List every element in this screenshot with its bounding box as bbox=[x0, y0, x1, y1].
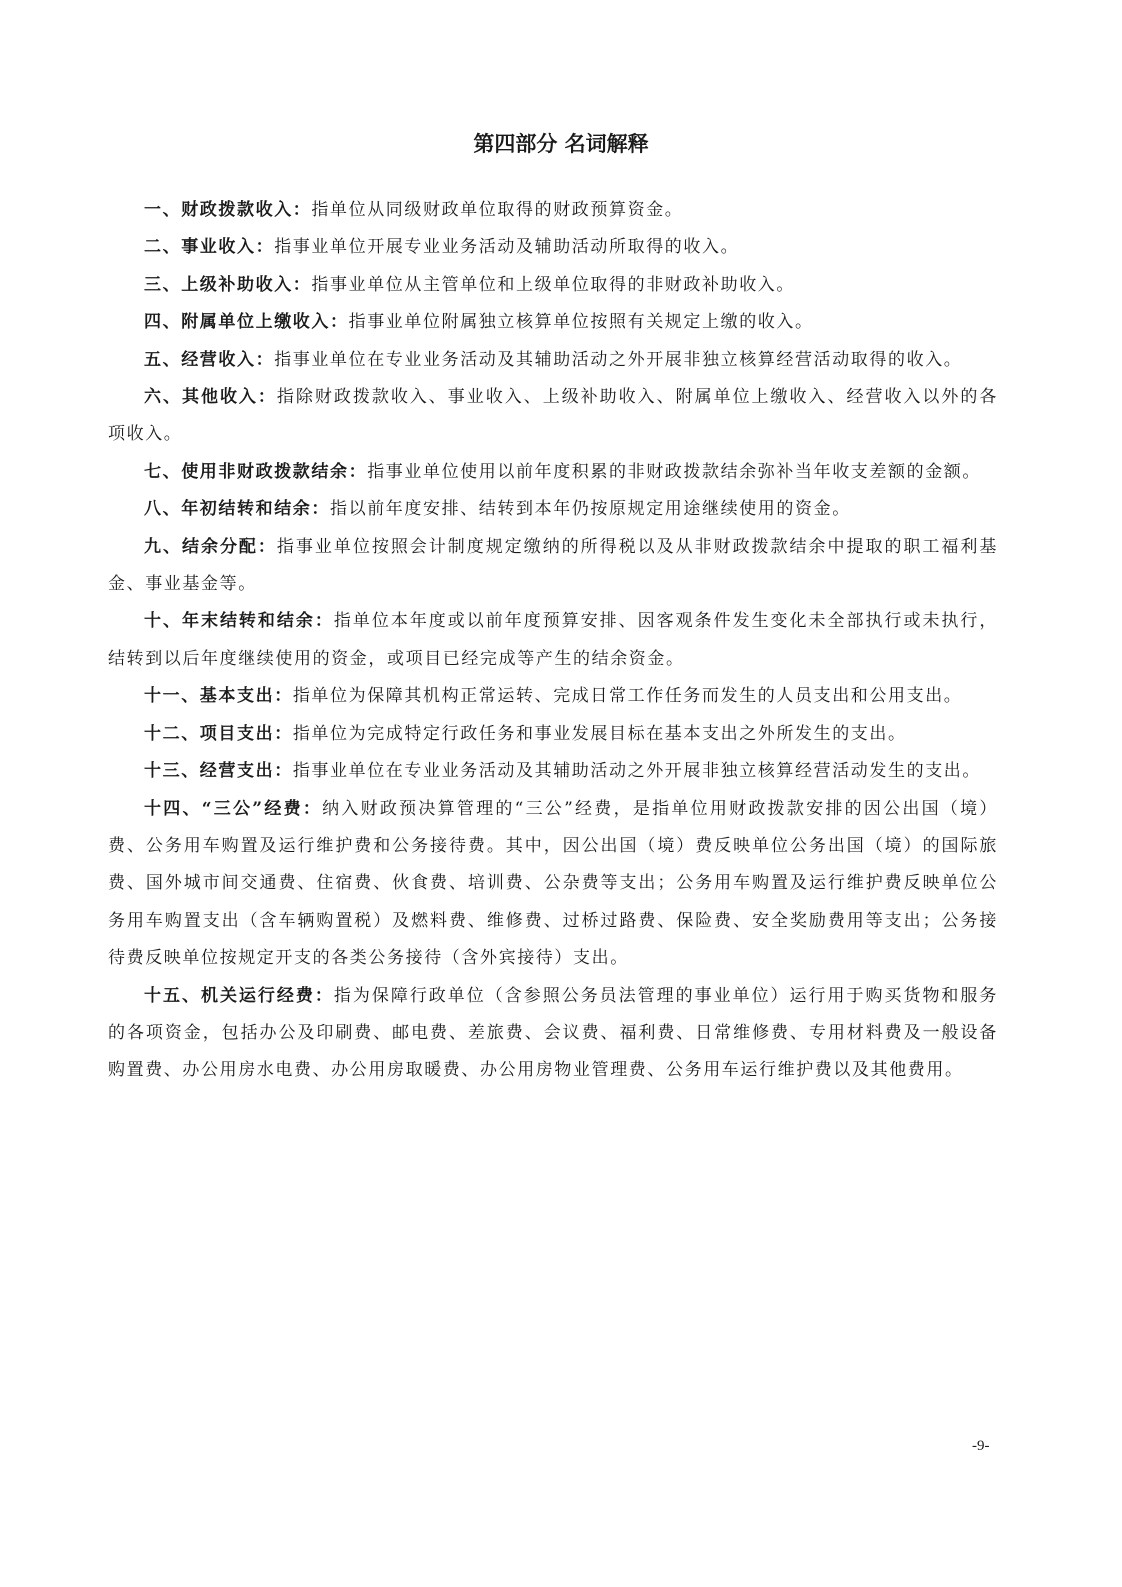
term-definition: 指单位为保障其机构正常运转、完成日常工作任务而发生的人员支出和公用支出。 bbox=[293, 686, 963, 706]
term-label: 三、上级补助收入： bbox=[144, 275, 311, 295]
term-label: 十三、经营支出： bbox=[144, 761, 293, 781]
term-label: 十五、机关运行经费： bbox=[144, 986, 334, 1006]
term-label: 十二、项目支出： bbox=[144, 724, 293, 744]
glossary-term: 五、经营收入：指事业单位在专业业务活动及其辅助活动之外开展非独立核算经营活动取得… bbox=[108, 342, 998, 379]
glossary-term: 十四、“三公”经费：纳入财政预决算管理的“三公”经费，是指单位用财政拨款安排的因… bbox=[108, 791, 998, 978]
glossary-term: 九、结余分配：指事业单位按照会计制度规定缴纳的所得税以及从非财政拨款结余中提取的… bbox=[108, 529, 998, 604]
term-definition: 指单位为完成特定行政任务和事业发展目标在基本支出之外所发生的支出。 bbox=[293, 724, 907, 744]
term-label: 八、年初结转和结余： bbox=[144, 499, 330, 519]
glossary-term: 一、财政拨款收入：指单位从同级财政单位取得的财政预算资金。 bbox=[108, 192, 998, 229]
glossary-term: 二、事业收入：指事业单位开展专业业务活动及辅助活动所取得的收入。 bbox=[108, 229, 998, 266]
glossary-term: 三、上级补助收入：指事业单位从主管单位和上级单位取得的非财政补助收入。 bbox=[108, 267, 998, 304]
term-label: 二、事业收入： bbox=[144, 237, 274, 257]
term-label: 九、结余分配： bbox=[144, 537, 277, 557]
term-label: 一、财政拨款收入： bbox=[144, 200, 311, 220]
glossary-term: 七、使用非财政拨款结余：指事业单位使用以前年度积累的非财政拨款结余弥补当年收支差… bbox=[108, 454, 998, 491]
term-label: 十、年末结转和结余： bbox=[144, 611, 334, 631]
term-definition: 指单位从同级财政单位取得的财政预算资金。 bbox=[311, 200, 683, 220]
term-definition: 指事业单位开展专业业务活动及辅助活动所取得的收入。 bbox=[274, 237, 739, 257]
glossary-term: 四、附属单位上缴收入：指事业单位附属独立核算单位按照有关规定上缴的收入。 bbox=[108, 304, 998, 341]
term-definition: 指事业单位在专业业务活动及其辅助活动之外开展非独立核算经营活动取得的收入。 bbox=[274, 350, 962, 370]
term-definition: 指事业单位附属独立核算单位按照有关规定上缴的收入。 bbox=[349, 312, 814, 332]
term-label: 七、使用非财政拨款结余： bbox=[144, 462, 367, 482]
glossary-body: 一、财政拨款收入：指单位从同级财政单位取得的财政预算资金。 二、事业收入：指事业… bbox=[108, 192, 998, 1090]
glossary-term: 十一、基本支出：指单位为保障其机构正常运转、完成日常工作任务而发生的人员支出和公… bbox=[108, 678, 998, 715]
term-label: 十四、“三公”经费： bbox=[144, 799, 322, 819]
glossary-term: 十三、经营支出：指事业单位在专业业务活动及其辅助活动之外开展非独立核算经营活动发… bbox=[108, 753, 998, 790]
glossary-term: 十二、项目支出：指单位为完成特定行政任务和事业发展目标在基本支出之外所发生的支出… bbox=[108, 716, 998, 753]
glossary-term: 八、年初结转和结余：指以前年度安排、结转到本年仍按原规定用途继续使用的资金。 bbox=[108, 491, 998, 528]
term-definition: 指事业单位使用以前年度积累的非财政拨款结余弥补当年收支差额的金额。 bbox=[367, 462, 981, 482]
term-label: 五、经营收入： bbox=[144, 350, 274, 370]
term-definition: 纳入财政预决算管理的“三公”经费，是指单位用财政拨款安排的因公出国（境）费、公务… bbox=[108, 799, 998, 969]
term-label: 十一、基本支出： bbox=[144, 686, 293, 706]
term-definition: 指以前年度安排、结转到本年仍按原规定用途继续使用的资金。 bbox=[330, 499, 851, 519]
term-definition: 指事业单位从主管单位和上级单位取得的非财政补助收入。 bbox=[311, 275, 795, 295]
glossary-term: 十、年末结转和结余：指单位本年度或以前年度预算安排、因客观条件发生变化未全部执行… bbox=[108, 603, 998, 678]
page-title: 第四部分 名词解释 bbox=[0, 126, 1122, 162]
page-number: -9- bbox=[972, 1438, 990, 1455]
term-label: 四、附属单位上缴收入： bbox=[144, 312, 349, 332]
term-label: 六、其他收入： bbox=[144, 387, 277, 407]
glossary-term: 六、其他收入：指除财政拨款收入、事业收入、上级补助收入、附属单位上缴收入、经营收… bbox=[108, 379, 998, 454]
glossary-term: 十五、机关运行经费：指为保障行政单位（含参照公务员法管理的事业单位）运行用于购买… bbox=[108, 978, 998, 1090]
term-definition: 指事业单位在专业业务活动及其辅助活动之外开展非独立核算经营活动发生的支出。 bbox=[293, 761, 981, 781]
